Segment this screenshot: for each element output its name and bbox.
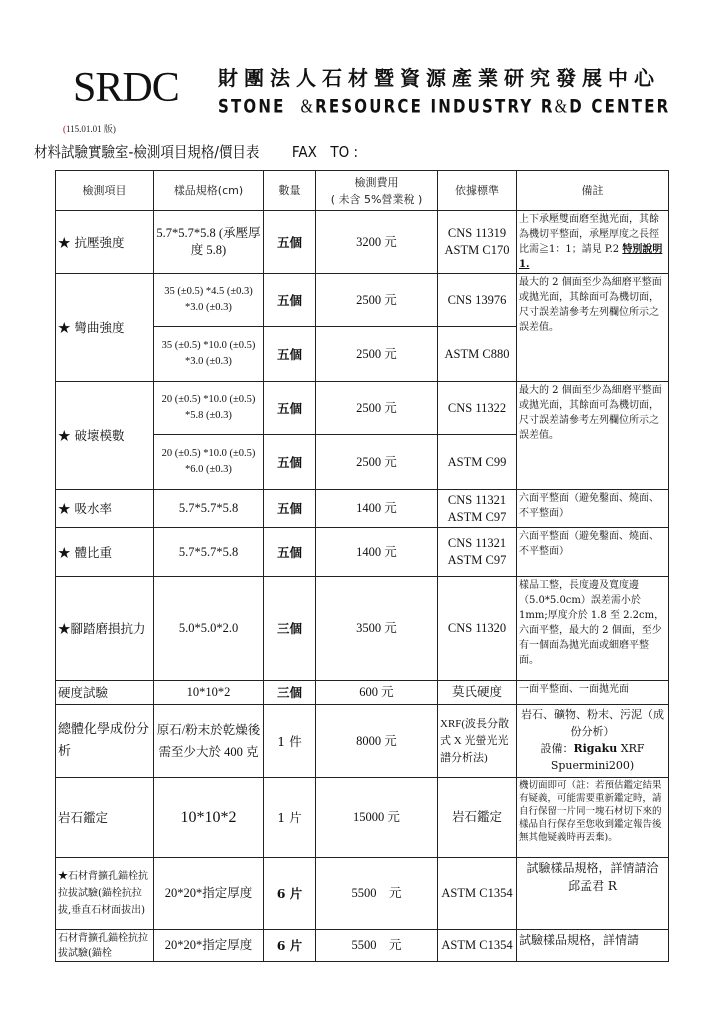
fee-cell: 2500 元 xyxy=(316,327,438,382)
item-cell: ★ 體比重 xyxy=(56,528,154,577)
qty-cell: 五個 xyxy=(264,490,316,528)
item-cell: 岩石鑑定 xyxy=(56,778,154,858)
spec-cell: 20 (±0.5) *10.0 (±0.5) *5.8 (±0.3) xyxy=(154,382,264,435)
standard-cell: CNS 11319ASTM C170 xyxy=(438,211,517,274)
table-row: ★ 體比重 5.7*5.7*5.8 五個 1400 元 CNS 11321AST… xyxy=(56,528,669,577)
remark-cell: 最大的 2 個面至少為細磨平整面或拋光面，其餘面可為機切面，尺寸誤差請參考左列欄… xyxy=(517,382,669,490)
fee-cell: 8000 元 xyxy=(316,705,438,778)
item-cell: 硬度試驗 xyxy=(56,681,154,705)
qty-cell: 1 件 xyxy=(264,705,316,778)
spec-cell: 35 (±0.5) *10.0 (±0.5) *3.0 (±0.3) xyxy=(154,327,264,382)
table-row: ★ 吸水率 5.7*5.7*5.8 五個 1400 元 CNS 11321AST… xyxy=(56,490,669,528)
standard-cell: ASTM C880 xyxy=(438,327,517,382)
standard-cell: XRF(波長分散式 X 光螢光光譜分析法) xyxy=(438,705,517,778)
remark-cell: 六面平整面（避免鑿面、燒面、不平整面） xyxy=(517,490,669,528)
standard-cell: ASTM C1354 xyxy=(438,858,517,930)
item-cell: ★ 吸水率 xyxy=(56,490,154,528)
qty-cell: 五個 xyxy=(264,327,316,382)
spec-cell: 35 (±0.5) *4.5 (±0.3) *3.0 (±0.3) xyxy=(154,274,264,327)
spec-cell: 10*10*2 xyxy=(154,681,264,705)
table-row: 總體化學成份分析 原石/粉末於乾燥後需至少大於 400 克 1 件 8000 元… xyxy=(56,705,669,778)
remark-cell: 機切面即可（註：若預估鑑定結果有疑義，可能需要重新鑑定時，請自行保留一片同一塊石… xyxy=(517,778,669,858)
fee-cell: 1400 元 xyxy=(316,528,438,577)
org-name-english: STONE &RESOURCE INDUSTRY R&D CENTER xyxy=(218,95,670,119)
qty-cell: 五個 xyxy=(264,211,316,274)
fax-label: FAX TO : xyxy=(292,143,358,161)
spec-cell: 原石/粉末於乾燥後需至少大於 400 克 xyxy=(154,705,264,778)
table-row: ★ 彎曲強度 35 (±0.5) *4.5 (±0.3) *3.0 (±0.3)… xyxy=(56,274,669,327)
price-table: 檢測項目 樣品規格(cm) 數量 檢測費用( 未含 5%營業稅 ) 依據標準 備… xyxy=(55,170,669,962)
table-header-row: 檢測項目 樣品規格(cm) 數量 檢測費用( 未含 5%營業稅 ) 依據標準 備… xyxy=(56,171,669,211)
qty-cell: 6 片 xyxy=(264,930,316,962)
fee-cell: 1400 元 xyxy=(316,490,438,528)
version-label: (115.01.01 版) xyxy=(63,122,116,135)
item-cell: 總體化學成份分析 xyxy=(56,705,154,778)
table-row: 岩石鑑定 10*10*2 1 片 15000 元 岩石鑑定 機切面即可（註：若預… xyxy=(56,778,669,858)
fee-cell: 600 元 xyxy=(316,681,438,705)
srdc-logo: SRDC xyxy=(73,64,179,112)
remark-cell: 上下承壓雙面磨至拋光面，其餘為機切平整面，承壓厚度之長徑比需≧1：1；請見 P.… xyxy=(517,211,669,274)
org-name-en-part3: D CENTER xyxy=(569,95,670,118)
qty-cell: 五個 xyxy=(264,435,316,490)
fee-tax-note: ( 未含 5%營業稅 ) xyxy=(331,193,423,206)
ampersand: & xyxy=(555,96,570,117)
remark-cell: 六面平整面（避免鑿面、燒面、不平整面） xyxy=(517,528,669,577)
standard-cell: 莫氏硬度 xyxy=(438,681,517,705)
spec-cell: 10*10*2 xyxy=(154,778,264,858)
ampersand: & xyxy=(300,96,315,117)
standard-cell: CNS 11321ASTM C97 xyxy=(438,528,517,577)
title-text: 材料試驗實驗室-檢測項目規格/價目表 xyxy=(34,143,259,161)
qty-cell: 五個 xyxy=(264,382,316,435)
col-header-fee: 檢測費用( 未含 5%營業稅 ) xyxy=(316,171,438,211)
remark-cell: 樣品工整，長度邊及寬度邊（5.0*5.0cm）誤差需小於 1mm;厚度介於 1.… xyxy=(517,577,669,681)
remark-cell: 最大的 2 個面至少為細磨平整面或拋光面，其餘面可為機切面，尺寸誤差請參考左列欄… xyxy=(517,274,669,382)
remark-cell: 試驗樣品規格，詳情請洽 邱孟君 R xyxy=(517,858,669,930)
org-name-en-part1: STONE xyxy=(218,95,286,118)
fee-cell: 5500 元 xyxy=(316,930,438,962)
col-header-item: 檢測項目 xyxy=(56,171,154,211)
spec-cell: 20 (±0.5) *10.0 (±0.5) *6.0 (±0.3) xyxy=(154,435,264,490)
qty-cell: 三個 xyxy=(264,681,316,705)
spec-cell: 5.0*5.0*2.0 xyxy=(154,577,264,681)
item-cell: 石材背擴孔錨栓抗拉拔試驗(錨栓 xyxy=(56,930,154,962)
qty-cell: 三個 xyxy=(264,577,316,681)
standard-cell: CNS 11322 xyxy=(438,382,517,435)
spec-cell: 5.7*5.7*5.8 xyxy=(154,490,264,528)
standard-cell: 岩石鑑定 xyxy=(438,778,517,858)
standard-cell: CNS 11320 xyxy=(438,577,517,681)
spec-cell: 5.7*5.7*5.8 (承壓厚度 5.8) xyxy=(154,211,264,274)
col-header-qty: 數量 xyxy=(264,171,316,211)
item-cell: ★腳踏磨損抗力 xyxy=(56,577,154,681)
spec-cell: 20*20*指定厚度 xyxy=(154,858,264,930)
fee-cell: 2500 元 xyxy=(316,274,438,327)
fee-cell: 3200 元 xyxy=(316,211,438,274)
fee-cell: 5500 元 xyxy=(316,858,438,930)
table-row: ★ 破壞模數 20 (±0.5) *10.0 (±0.5) *5.8 (±0.3… xyxy=(56,382,669,435)
fee-cell: 2500 元 xyxy=(316,435,438,490)
qty-cell: 6 片 xyxy=(264,858,316,930)
table-row: ★石材背擴孔錨栓抗拉拔試驗(錨栓抗拉拔,垂直石材面拔出) 20*20*指定厚度 … xyxy=(56,858,669,930)
table-row: 硬度試驗 10*10*2 三個 600 元 莫氏硬度 一面平整面、一面拋光面 xyxy=(56,681,669,705)
item-cell: ★石材背擴孔錨栓抗拉拔試驗(錨栓抗拉拔,垂直石材面拔出) xyxy=(56,858,154,930)
standard-cell: ASTM C1354 xyxy=(438,930,517,962)
standard-cell: ASTM C99 xyxy=(438,435,517,490)
table-row: ★腳踏磨損抗力 5.0*5.0*2.0 三個 3500 元 CNS 11320 … xyxy=(56,577,669,681)
fee-cell: 2500 元 xyxy=(316,382,438,435)
col-header-spec: 樣品規格(cm) xyxy=(154,171,264,211)
qty-cell: 五個 xyxy=(264,274,316,327)
table-row: ★ 抗壓強度 5.7*5.7*5.8 (承壓厚度 5.8) 五個 3200 元 … xyxy=(56,211,669,274)
remark-cell: 岩石、礦物、粉末、污泥（成份分析）設備：Rigaku XRF Spuermini… xyxy=(517,705,669,778)
standard-cell: CNS 11321ASTM C97 xyxy=(438,490,517,528)
document-title: 材料試驗實驗室-檢測項目規格/價目表FAX TO : xyxy=(34,141,358,162)
remark-cell: 試驗樣品規格，詳情請 xyxy=(517,930,669,962)
standard-cell: CNS 13976 xyxy=(438,274,517,327)
item-cell: ★ 彎曲強度 xyxy=(56,274,154,382)
org-name-chinese: 財團法人石材暨資源產業研究發展中心 xyxy=(218,62,660,91)
spec-cell: 20*20*指定厚度 xyxy=(154,930,264,962)
remark-cell: 一面平整面、一面拋光面 xyxy=(517,681,669,705)
org-name-en-part2: RESOURCE INDUSTRY R xyxy=(315,95,555,118)
col-header-remark: 備註 xyxy=(517,171,669,211)
table-row: 石材背擴孔錨栓抗拉拔試驗(錨栓 20*20*指定厚度 6 片 5500 元 AS… xyxy=(56,930,669,962)
spec-cell: 5.7*5.7*5.8 xyxy=(154,528,264,577)
col-header-standard: 依據標準 xyxy=(438,171,517,211)
qty-cell: 五個 xyxy=(264,528,316,577)
fee-cell: 3500 元 xyxy=(316,577,438,681)
fee-cell: 15000 元 xyxy=(316,778,438,858)
item-cell: ★ 抗壓強度 xyxy=(56,211,154,274)
item-cell: ★ 破壞模數 xyxy=(56,382,154,490)
qty-cell: 1 片 xyxy=(264,778,316,858)
